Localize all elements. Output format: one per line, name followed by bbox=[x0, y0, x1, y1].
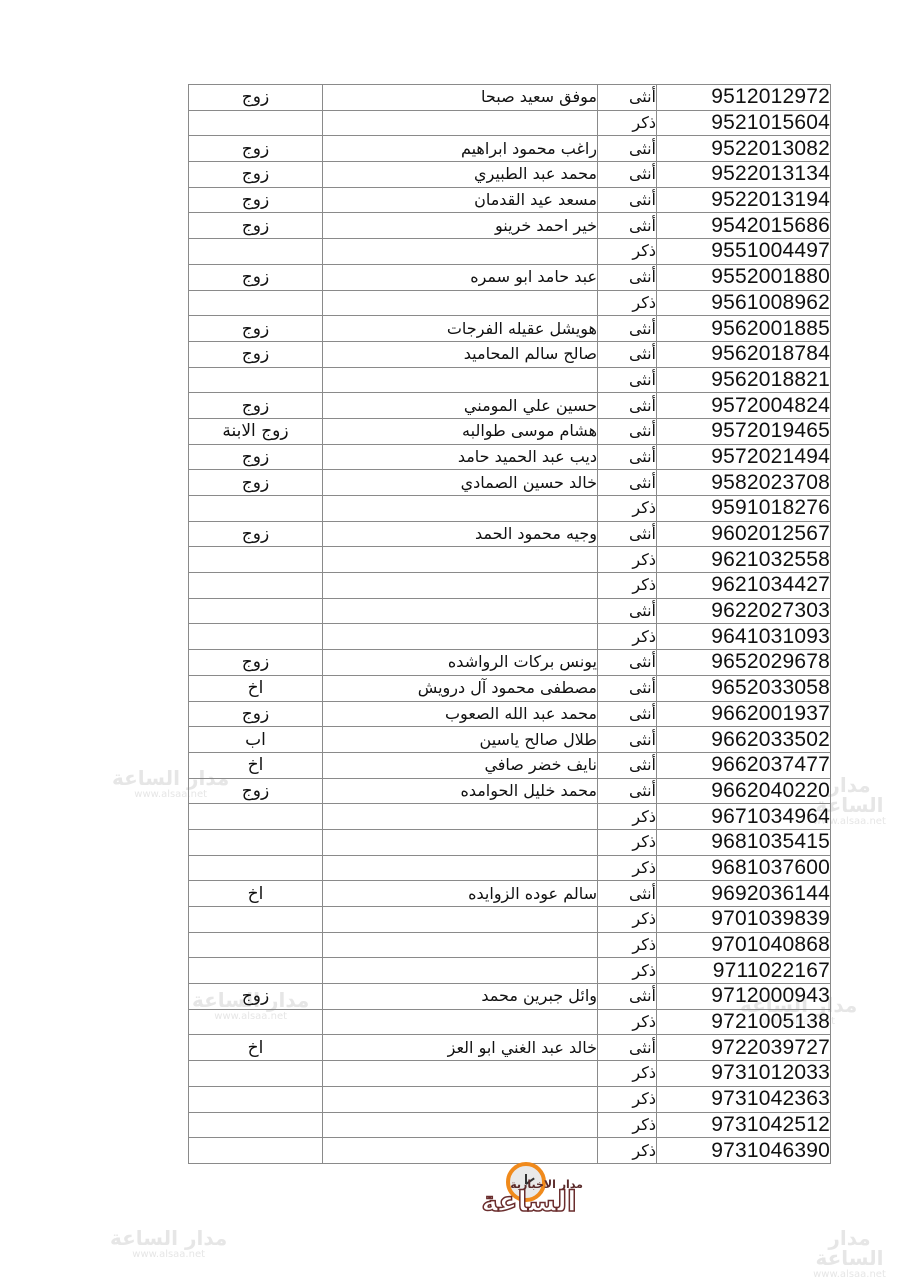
name-cell bbox=[323, 1112, 598, 1138]
relation-cell bbox=[189, 855, 323, 881]
table-row: أنثى9622027303 bbox=[189, 598, 831, 624]
table-row: ذكر9731046390 bbox=[189, 1138, 831, 1164]
name-cell: نايف خضر صافي bbox=[323, 752, 598, 778]
name-cell bbox=[323, 829, 598, 855]
gender-cell: ذكر bbox=[598, 1112, 657, 1138]
national-id-cell: 9652033058 bbox=[657, 675, 831, 701]
national-id-cell: 9562001885 bbox=[657, 316, 831, 342]
gender-cell: ذكر bbox=[598, 1061, 657, 1087]
table-row: زوجعبد حامد ابو سمرهأنثى9552001880 bbox=[189, 264, 831, 290]
document-page: مدار الساعة www.alsaa.net مدار الساعة ww… bbox=[0, 0, 904, 1280]
table-row: زوجراغب محمود ابراهيمأنثى9522013082 bbox=[189, 136, 831, 162]
national-id-cell: 9662037477 bbox=[657, 752, 831, 778]
relation-cell: زوج bbox=[189, 470, 323, 496]
name-cell: صالح سالم المحاميد bbox=[323, 341, 598, 367]
table-row: زوجوجيه محمود الحمدأنثى9602012567 bbox=[189, 521, 831, 547]
name-cell bbox=[323, 1138, 598, 1164]
national-id-cell: 9641031093 bbox=[657, 624, 831, 650]
name-cell bbox=[323, 598, 598, 624]
name-cell: محمد عبد الله الصعوب bbox=[323, 701, 598, 727]
gender-cell: ذكر bbox=[598, 932, 657, 958]
roster-table: زوجموفق سعيد صبحاأنثى9512012972ذكر952101… bbox=[188, 84, 831, 1164]
name-cell bbox=[323, 1086, 598, 1112]
national-id-cell: 9572004824 bbox=[657, 393, 831, 419]
relation-cell: زوج bbox=[189, 316, 323, 342]
watermark-left-bottom: مدار الساعة www.alsaa.net bbox=[110, 1228, 227, 1260]
gender-cell: ذكر bbox=[598, 547, 657, 573]
relation-cell: زوج bbox=[189, 650, 323, 676]
name-cell: خالد عبد الغني ابو العز bbox=[323, 1035, 598, 1061]
gender-cell: أنثى bbox=[598, 393, 657, 419]
national-id-cell: 9662040220 bbox=[657, 778, 831, 804]
table-row: زوجمحمد خليل الحوامدهأنثى9662040220 bbox=[189, 778, 831, 804]
national-id-cell: 9711022167 bbox=[657, 958, 831, 984]
name-cell: عبد حامد ابو سمره bbox=[323, 264, 598, 290]
national-id-cell: 9572019465 bbox=[657, 418, 831, 444]
relation-cell bbox=[189, 804, 323, 830]
table-row: ذكر9711022167 bbox=[189, 958, 831, 984]
national-id-cell: 9722039727 bbox=[657, 1035, 831, 1061]
name-cell: وائل جبرين محمد bbox=[323, 984, 598, 1010]
gender-cell: أنثى bbox=[598, 187, 657, 213]
relation-cell bbox=[189, 547, 323, 573]
gender-cell: أنثى bbox=[598, 984, 657, 1010]
relation-cell: زوج bbox=[189, 521, 323, 547]
relation-cell bbox=[189, 1112, 323, 1138]
table-row: ذكر9701039839 bbox=[189, 907, 831, 933]
roster-body: زوجموفق سعيد صبحاأنثى9512012972ذكر952101… bbox=[189, 85, 831, 1164]
national-id-cell: 9551004497 bbox=[657, 239, 831, 265]
table-row: أنثى9562018821 bbox=[189, 367, 831, 393]
name-cell bbox=[323, 239, 598, 265]
name-cell: خالد حسين الصمادي bbox=[323, 470, 598, 496]
gender-cell: أنثى bbox=[598, 264, 657, 290]
table-row: زوجمحمد عبد الله الصعوبأنثى9662001937 bbox=[189, 701, 831, 727]
table-row: زوجديب عبد الحميد حامدأنثى9572021494 bbox=[189, 444, 831, 470]
table-row: ذكر9681035415 bbox=[189, 829, 831, 855]
national-id-cell: 9692036144 bbox=[657, 881, 831, 907]
table-row: زوجخالد حسين الصماديأنثى9582023708 bbox=[189, 470, 831, 496]
relation-cell bbox=[189, 1086, 323, 1112]
relation-cell: زوج الابنة bbox=[189, 418, 323, 444]
gender-cell: ذكر bbox=[598, 624, 657, 650]
table-row: زوجحسين علي المومنيأنثى9572004824 bbox=[189, 393, 831, 419]
table-row: ذكر9731042363 bbox=[189, 1086, 831, 1112]
gender-cell: ذكر bbox=[598, 290, 657, 316]
national-id-cell: 9522013194 bbox=[657, 187, 831, 213]
table-row: زوج الابنةهشام موسى طوالبهأنثى9572019465 bbox=[189, 418, 831, 444]
relation-cell: زوج bbox=[189, 162, 323, 188]
gender-cell: أنثى bbox=[598, 701, 657, 727]
relation-cell bbox=[189, 573, 323, 599]
name-cell bbox=[323, 1061, 598, 1087]
relation-cell bbox=[189, 598, 323, 624]
name-cell bbox=[323, 110, 598, 136]
table-row: اخمصطفى محمود آل درويشأنثى9652033058 bbox=[189, 675, 831, 701]
name-cell: حسين علي المومني bbox=[323, 393, 598, 419]
name-cell: ديب عبد الحميد حامد bbox=[323, 444, 598, 470]
national-id-cell: 9731042363 bbox=[657, 1086, 831, 1112]
table-row: ذكر9621032558 bbox=[189, 547, 831, 573]
name-cell bbox=[323, 958, 598, 984]
table-row: ذكر9561008962 bbox=[189, 290, 831, 316]
gender-cell: ذكر bbox=[598, 855, 657, 881]
relation-cell: اخ bbox=[189, 881, 323, 907]
gender-cell: أنثى bbox=[598, 1035, 657, 1061]
table-row: زوجمسعد عيد القدمانأنثى9522013194 bbox=[189, 187, 831, 213]
table-row: زوجخير احمد خرينوأنثى9542015686 bbox=[189, 213, 831, 239]
name-cell: محمد خليل الحوامده bbox=[323, 778, 598, 804]
gender-cell: ذكر bbox=[598, 1086, 657, 1112]
table-row: ذكر9721005138 bbox=[189, 1009, 831, 1035]
gender-cell: أنثى bbox=[598, 213, 657, 239]
relation-cell: زوج bbox=[189, 187, 323, 213]
relation-cell: زوج bbox=[189, 136, 323, 162]
national-id-cell: 9662001937 bbox=[657, 701, 831, 727]
national-id-cell: 9701039839 bbox=[657, 907, 831, 933]
table-row: ذكر9731042512 bbox=[189, 1112, 831, 1138]
name-cell: طلال صالح ياسين bbox=[323, 727, 598, 753]
national-id-cell: 9552001880 bbox=[657, 264, 831, 290]
relation-cell: زوج bbox=[189, 213, 323, 239]
national-id-cell: 9621034427 bbox=[657, 573, 831, 599]
table-row: ذكر9591018276 bbox=[189, 496, 831, 522]
name-cell bbox=[323, 496, 598, 522]
table-row: ذكر9521015604 bbox=[189, 110, 831, 136]
gender-cell: أنثى bbox=[598, 521, 657, 547]
relation-cell bbox=[189, 624, 323, 650]
relation-cell: زوج bbox=[189, 393, 323, 419]
name-cell bbox=[323, 855, 598, 881]
name-cell: يونس بركات الرواشده bbox=[323, 650, 598, 676]
relation-cell bbox=[189, 290, 323, 316]
relation-cell bbox=[189, 1061, 323, 1087]
national-id-cell: 9562018784 bbox=[657, 341, 831, 367]
national-id-cell: 9721005138 bbox=[657, 1009, 831, 1035]
table-row: زوجمحمد عبد الطبيريأنثى9522013134 bbox=[189, 162, 831, 188]
gender-cell: ذكر bbox=[598, 907, 657, 933]
table-row: زوجيونس بركات الرواشدهأنثى9652029678 bbox=[189, 650, 831, 676]
table-row: ابطلال صالح ياسينأنثى9662033502 bbox=[189, 727, 831, 753]
national-id-cell: 9572021494 bbox=[657, 444, 831, 470]
gender-cell: أنثى bbox=[598, 650, 657, 676]
name-cell: مسعد عيد القدمان bbox=[323, 187, 598, 213]
name-cell bbox=[323, 907, 598, 933]
national-id-cell: 9681037600 bbox=[657, 855, 831, 881]
relation-cell bbox=[189, 829, 323, 855]
gender-cell: ذكر bbox=[598, 1009, 657, 1035]
gender-cell: أنثى bbox=[598, 752, 657, 778]
gender-cell: ذكر bbox=[598, 573, 657, 599]
gender-cell: أنثى bbox=[598, 367, 657, 393]
relation-cell: زوج bbox=[189, 264, 323, 290]
gender-cell: أنثى bbox=[598, 316, 657, 342]
gender-cell: أنثى bbox=[598, 85, 657, 111]
gender-cell: أنثى bbox=[598, 727, 657, 753]
name-cell: راغب محمود ابراهيم bbox=[323, 136, 598, 162]
gender-cell: ذكر bbox=[598, 110, 657, 136]
national-id-cell: 9652029678 bbox=[657, 650, 831, 676]
table-row: ذكر9641031093 bbox=[189, 624, 831, 650]
national-id-cell: 9622027303 bbox=[657, 598, 831, 624]
table-row: ذكر9621034427 bbox=[189, 573, 831, 599]
relation-cell bbox=[189, 1009, 323, 1035]
relation-cell bbox=[189, 907, 323, 933]
table-row: ذكر9681037600 bbox=[189, 855, 831, 881]
gender-cell: أنثى bbox=[598, 444, 657, 470]
gender-cell: أنثى bbox=[598, 136, 657, 162]
name-cell bbox=[323, 367, 598, 393]
table-row: ذكر9671034964 bbox=[189, 804, 831, 830]
national-id-cell: 9671034964 bbox=[657, 804, 831, 830]
table-row: اخنايف خضر صافيأنثى9662037477 bbox=[189, 752, 831, 778]
gender-cell: أنثى bbox=[598, 598, 657, 624]
relation-cell: اخ bbox=[189, 752, 323, 778]
gender-cell: أنثى bbox=[598, 418, 657, 444]
national-id-cell: 9542015686 bbox=[657, 213, 831, 239]
gender-cell: ذكر bbox=[598, 958, 657, 984]
relation-cell: زوج bbox=[189, 341, 323, 367]
name-cell bbox=[323, 932, 598, 958]
relation-cell: زوج bbox=[189, 444, 323, 470]
gender-cell: ذكر bbox=[598, 496, 657, 522]
gender-cell: أنثى bbox=[598, 778, 657, 804]
gender-cell: ذكر bbox=[598, 829, 657, 855]
name-cell: موفق سعيد صبحا bbox=[323, 85, 598, 111]
name-cell bbox=[323, 573, 598, 599]
site-logo: مدار الاخبارية الساعة bbox=[473, 1162, 583, 1222]
relation-cell bbox=[189, 496, 323, 522]
name-cell bbox=[323, 1009, 598, 1035]
table-row: ذكر9701040868 bbox=[189, 932, 831, 958]
relation-cell bbox=[189, 958, 323, 984]
relation-cell: اخ bbox=[189, 1035, 323, 1061]
gender-cell: أنثى bbox=[598, 881, 657, 907]
national-id-cell: 9731046390 bbox=[657, 1138, 831, 1164]
gender-cell: أنثى bbox=[598, 162, 657, 188]
relation-cell: زوج bbox=[189, 984, 323, 1010]
national-id-cell: 9621032558 bbox=[657, 547, 831, 573]
name-cell bbox=[323, 804, 598, 830]
name-cell bbox=[323, 290, 598, 316]
national-id-cell: 9701040868 bbox=[657, 932, 831, 958]
national-id-cell: 9731012033 bbox=[657, 1061, 831, 1087]
relation-cell bbox=[189, 1138, 323, 1164]
table-row: زوجوائل جبرين محمدأنثى9712000943 bbox=[189, 984, 831, 1010]
national-id-cell: 9562018821 bbox=[657, 367, 831, 393]
gender-cell: ذكر bbox=[598, 804, 657, 830]
name-cell: خير احمد خرينو bbox=[323, 213, 598, 239]
table-row: ذكر9731012033 bbox=[189, 1061, 831, 1087]
relation-cell: اخ bbox=[189, 675, 323, 701]
watermark-right-bottom: مدار الساعة www.alsaa.net bbox=[795, 1228, 904, 1280]
name-cell: محمد عبد الطبيري bbox=[323, 162, 598, 188]
name-cell: مصطفى محمود آل درويش bbox=[323, 675, 598, 701]
name-cell: هشام موسى طوالبه bbox=[323, 418, 598, 444]
name-cell: سالم عوده الزوايده bbox=[323, 881, 598, 907]
table-row: زوجموفق سعيد صبحاأنثى9512012972 bbox=[189, 85, 831, 111]
gender-cell: أنثى bbox=[598, 470, 657, 496]
national-id-cell: 9582023708 bbox=[657, 470, 831, 496]
gender-cell: أنثى bbox=[598, 675, 657, 701]
national-id-cell: 9522013082 bbox=[657, 136, 831, 162]
relation-cell: زوج bbox=[189, 701, 323, 727]
relation-cell bbox=[189, 367, 323, 393]
name-cell bbox=[323, 547, 598, 573]
gender-cell: ذكر bbox=[598, 239, 657, 265]
gender-cell: أنثى bbox=[598, 341, 657, 367]
table-row: اخسالم عوده الزوايدهأنثى9692036144 bbox=[189, 881, 831, 907]
gender-cell: ذكر bbox=[598, 1138, 657, 1164]
relation-cell: زوج bbox=[189, 85, 323, 111]
name-cell bbox=[323, 624, 598, 650]
national-id-cell: 9662033502 bbox=[657, 727, 831, 753]
relation-cell bbox=[189, 932, 323, 958]
name-cell: هويشل عقيله الفرجات bbox=[323, 316, 598, 342]
national-id-cell: 9561008962 bbox=[657, 290, 831, 316]
national-id-cell: 9521015604 bbox=[657, 110, 831, 136]
national-id-cell: 9731042512 bbox=[657, 1112, 831, 1138]
national-id-cell: 9512012972 bbox=[657, 85, 831, 111]
national-id-cell: 9602012567 bbox=[657, 521, 831, 547]
relation-cell bbox=[189, 110, 323, 136]
relation-cell: زوج bbox=[189, 778, 323, 804]
name-cell: وجيه محمود الحمد bbox=[323, 521, 598, 547]
relation-cell: اب bbox=[189, 727, 323, 753]
national-id-cell: 9712000943 bbox=[657, 984, 831, 1010]
relation-cell bbox=[189, 239, 323, 265]
national-id-cell: 9681035415 bbox=[657, 829, 831, 855]
table-row: زوجهويشل عقيله الفرجاتأنثى9562001885 bbox=[189, 316, 831, 342]
table-row: زوجصالح سالم المحاميدأنثى9562018784 bbox=[189, 341, 831, 367]
national-id-cell: 9591018276 bbox=[657, 496, 831, 522]
table-row: اخخالد عبد الغني ابو العزأنثى9722039727 bbox=[189, 1035, 831, 1061]
table-row: ذكر9551004497 bbox=[189, 239, 831, 265]
national-id-cell: 9522013134 bbox=[657, 162, 831, 188]
